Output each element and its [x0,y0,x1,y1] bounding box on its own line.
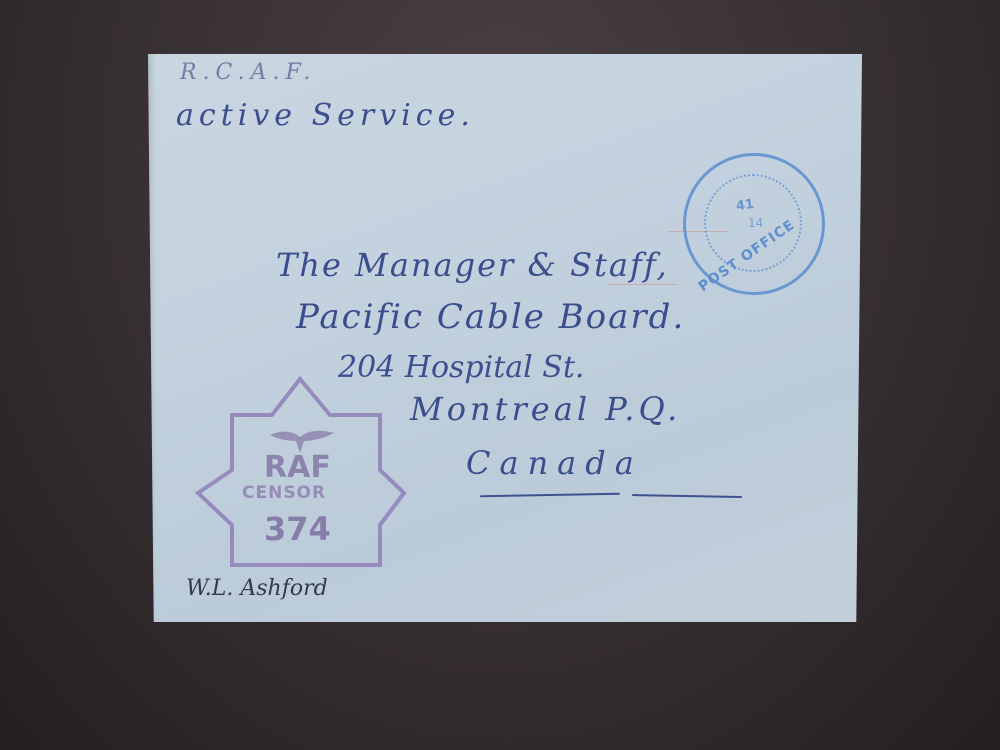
postmark-date-2: 14 [748,216,763,230]
raf-censor-stamp: RAF CENSOR 374 [192,375,408,571]
censor-number: 374 [264,510,331,548]
postmark-date: 41 [735,197,755,214]
postmark: POST OFFICE 41 14 [683,153,825,295]
signature: W.L. Ashford [186,576,328,601]
address-underline [480,493,620,497]
faint-mark [608,284,678,285]
active-service-header: active Service. [176,98,475,133]
address-line-5: Canada [466,444,643,482]
address-line-1: The Manager & Staff, [276,246,669,284]
pencil-header: R.C.A.F. [180,60,316,85]
censor-line-raf: RAF [264,450,331,485]
address-underline [632,494,742,498]
address-line-2: Pacific Cable Board. [296,297,685,337]
censor-line-censor: CENSOR [242,483,326,503]
address-line-4: Montreal P.Q. [410,390,681,428]
